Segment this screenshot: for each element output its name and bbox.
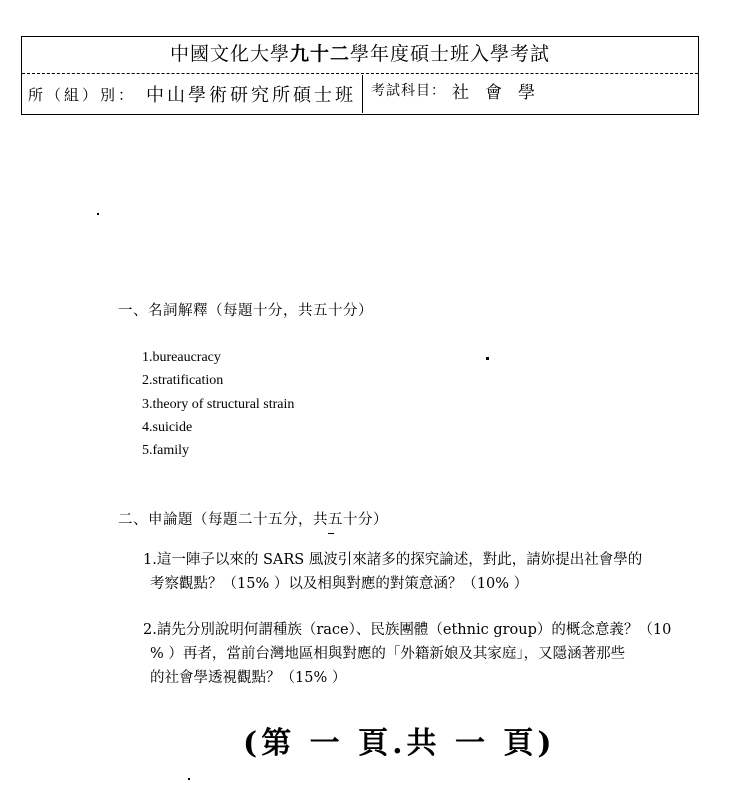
subject-cell: 考試科目： 社會學 (363, 71, 698, 109)
subject-label: 考試科目： (371, 80, 446, 100)
term-item: 5.family (142, 439, 294, 462)
scan-speck (188, 778, 190, 780)
header-info-row: 所（組）別： 中山學術研究所碩士班 考試科目： 社會學 (22, 75, 698, 113)
section-one-heading: 一、名詞解釋（每題十分，共五十分） (118, 299, 373, 320)
question-line: 2.請先分別說明何謂種族（race）、民族團體（ethnic group）的概念… (143, 622, 671, 638)
scan-speck (97, 213, 99, 215)
exam-type: 學年度碩士班入學考試 (350, 43, 550, 65)
term-item: 2.stratification (142, 369, 294, 392)
question-line: % ）再者，當前台灣地區相與對應的「外籍新娘及其家庭」，又隱涵著那些 (143, 642, 683, 666)
exam-title: 中國文化大學九十二學年度碩士班入學考試 (22, 39, 698, 66)
academic-year: 九十二 (290, 43, 350, 65)
scan-speck (328, 533, 334, 534)
term-list: 1.bureaucracy 2.stratification 3.theory … (142, 346, 294, 462)
question-line: 考察觀點？（15% ）以及相與對應的對策意涵？（10% ） (143, 572, 683, 596)
scan-speck (486, 357, 489, 360)
question-line: 1.這一陣子以來的 SARS 風波引來諸多的探究論述，對此，請妳提出社會學的 (143, 552, 642, 568)
term-item: 1.bureaucracy (142, 346, 294, 369)
department-cell: 所（組）別： 中山學術研究所碩士班 (22, 75, 363, 113)
subject-value: 社會學 (452, 78, 551, 103)
section-two-heading: 二、申論題（每題二十五分，共五十分） (118, 508, 388, 529)
department-label: 所（組）別： (28, 84, 136, 105)
term-item: 3.theory of structural strain (142, 393, 294, 416)
university-name: 中國文化大學 (170, 43, 290, 65)
essay-question-2: 2.請先分別說明何謂種族（race）、民族團體（ethnic group）的概念… (143, 618, 683, 690)
term-item: 4.suicide (142, 416, 294, 439)
essay-question-1: 1.這一陣子以來的 SARS 風波引來諸多的探究論述，對此，請妳提出社會學的 考… (143, 548, 683, 596)
exam-header: 中國文化大學九十二學年度碩士班入學考試 所（組）別： 中山學術研究所碩士班 考試… (21, 36, 699, 115)
department-value: 中山學術研究所碩士班 (146, 81, 356, 107)
page-indicator: (第 一 頁.共 一 頁) (243, 718, 556, 762)
question-line: 的社會學透視觀點？（15% ） (143, 666, 683, 690)
